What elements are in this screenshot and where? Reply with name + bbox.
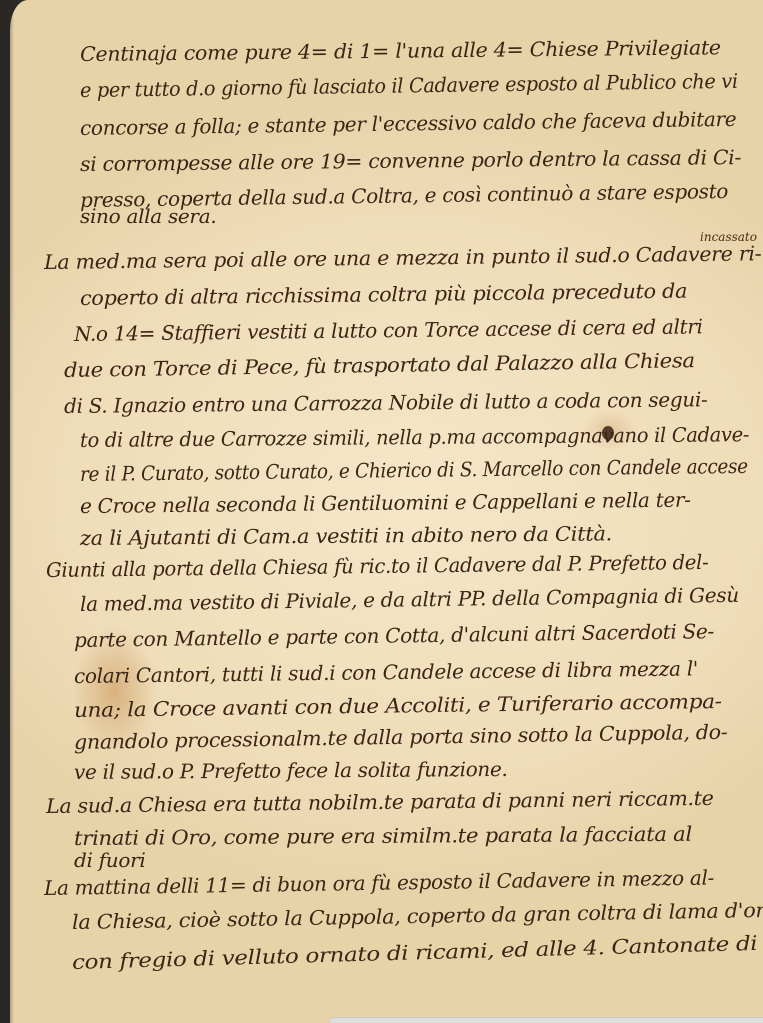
manuscript-line: Centinaja come pure 4= di 1= l'una alle … bbox=[80, 35, 721, 66]
manuscript-line: con fregio di velluto ornato di ricami, … bbox=[72, 930, 763, 974]
viewer-bottom-bar bbox=[330, 1017, 763, 1023]
manuscript-line: Giunti alla porta della Chiesa fù ric.to… bbox=[46, 550, 709, 582]
manuscript-line: e per tutto d.o giorno fù lasciato il Ca… bbox=[80, 69, 738, 102]
manuscript-line: di fuori bbox=[74, 848, 145, 872]
manuscript-line: La med.ma sera poi alle ore una e mezza … bbox=[44, 241, 762, 274]
manuscript-line: due con Torce di Pece, fù trasportato da… bbox=[64, 348, 695, 382]
manuscript-line: N.o 14= Staffieri vestiti a lutto con To… bbox=[74, 314, 703, 346]
manuscript-line: to di altre due Carrozze simili, nella p… bbox=[80, 422, 749, 452]
manuscript-line: di S. Ignazio entro una Carrozza Nobile … bbox=[64, 387, 708, 418]
page-edge-shadow bbox=[0, 0, 14, 1023]
manuscript-line: parte con Mantello e parte con Cotta, d'… bbox=[74, 619, 714, 652]
manuscript-line: la med.ma vestito di Piviale, e da altri… bbox=[80, 583, 739, 616]
manuscript-line: ve il sud.o P. Prefetto fece la solita f… bbox=[74, 757, 508, 784]
manuscript-line: si corrompesse alle ore 19= convenne por… bbox=[80, 145, 741, 176]
manuscript-line: La sud.a Chiesa era tutta nobilm.te para… bbox=[46, 786, 714, 818]
manuscript-page: Centinaja come pure 4= di 1= l'una alle … bbox=[10, 0, 763, 1023]
manuscript-line: concorse a folla; e stante per l'eccessi… bbox=[80, 107, 737, 140]
manuscript-line: colari Cantori, tutti li sud.i con Cande… bbox=[74, 656, 698, 688]
manuscript-line: una; la Croce avanti con due Accoliti, e… bbox=[74, 689, 722, 722]
manuscript-line: la Chiesa, cioè sotto la Cuppola, copert… bbox=[72, 898, 763, 934]
manuscript-line: za li Ajutanti di Cam.a vestiti in abito… bbox=[80, 521, 612, 550]
manuscript-line: trinati di Oro, come pure era similm.te … bbox=[74, 822, 692, 850]
manuscript-line: e Croce nella seconda li Gentiluomini e … bbox=[80, 488, 691, 518]
manuscript-line: re il P. Curato, sotto Curato, e Chieric… bbox=[80, 454, 748, 486]
manuscript-line: sino alla sera. bbox=[80, 204, 216, 228]
manuscript-line: gnandolo processionalm.te dalla porta si… bbox=[74, 720, 728, 754]
manuscript-line: coperto di altra ricchissima coltra più … bbox=[80, 279, 687, 310]
